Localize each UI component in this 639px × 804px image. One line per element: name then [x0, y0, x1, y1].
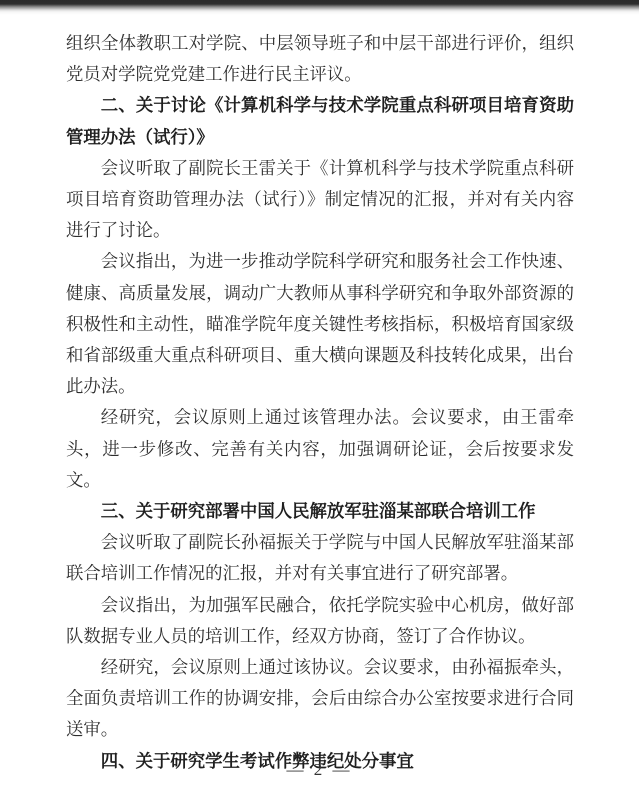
- page-number: — 2 —: [0, 760, 639, 780]
- scan-top-edge: [0, 0, 639, 15]
- section-heading: 二、关于讨论《计算机科学与技术学院重点科研项目培育资助管理办法（试行）》: [66, 90, 574, 152]
- paragraph-continuation: 组织全体教职工对学院、中层领导班子和中层干部进行评价，组织党员对学院党党建工作进…: [66, 28, 574, 90]
- paragraph: 会议听取了副院长王雷关于《计算机科学与技术学院重点科研项目培育资助管理办法（试行…: [66, 153, 574, 247]
- paragraph: 经研究，会议原则上通过该管理办法。会议要求，由王雷牵头，进一步修改、完善有关内容…: [66, 402, 574, 496]
- paragraph: 会议指出，为进一步推动学院科学研究和服务社会工作快速、健康、高质量发展，调动广大…: [66, 246, 574, 402]
- document-page: 组织全体教职工对学院、中层领导班子和中层干部进行评价，组织党员对学院党党建工作进…: [0, 0, 639, 804]
- paragraph: 经研究，会议原则上通过该协议。会议要求，由孙福振牵头，全面负责培训工作的协调安排…: [66, 652, 574, 746]
- document-body: 组织全体教职工对学院、中层领导班子和中层干部进行评价，组织党员对学院党党建工作进…: [66, 28, 574, 777]
- section-heading: 三、关于研究部署中国人民解放军驻淄某部联合培训工作: [66, 496, 574, 527]
- paragraph: 会议听取了副院长孙福振关于学院与中国人民解放军驻淄某部联合培训工作情况的汇报，并…: [66, 527, 574, 589]
- paragraph: 会议指出，为加强军民融合，依托学院实验中心机房，做好部队数据专业人员的培训工作，…: [66, 590, 574, 652]
